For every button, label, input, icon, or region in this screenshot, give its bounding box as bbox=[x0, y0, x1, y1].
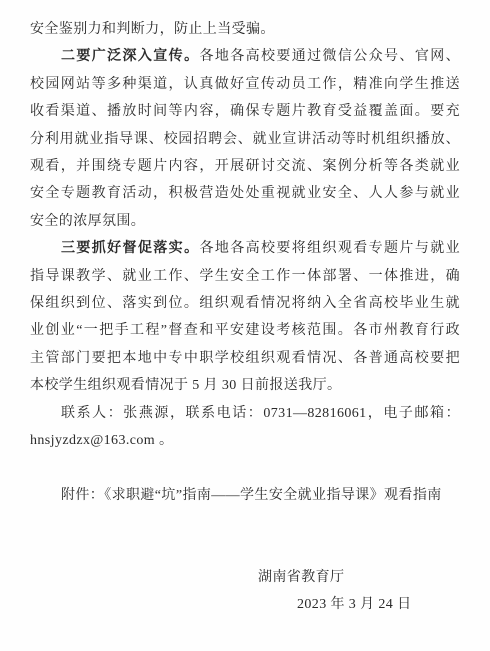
text-segment: 安全鉴别力和判断力，防止上当受骗。 bbox=[30, 22, 275, 37]
text-segment: 校园网站等多种渠道，认真做好宣传动员工作，精准向学生推送 bbox=[30, 77, 460, 92]
emphasis-text: 二要广泛深入宣传。 bbox=[61, 49, 199, 64]
emphasis-text: 三要抓好督促落实。 bbox=[61, 241, 199, 256]
text-segment: 联系人：张燕源，联系电话：0731—82816061，电子邮箱： bbox=[61, 406, 460, 421]
blank-line bbox=[30, 509, 460, 536]
text-line: 分利用就业指导课、校园招聘会、就业宣讲活动等时机组织播放、 bbox=[30, 126, 460, 153]
text-line: 安全的浓厚氛围。 bbox=[30, 208, 460, 235]
text-segment: 安全的浓厚氛围。 bbox=[30, 214, 145, 229]
text-segment: 本校学生组织观看情况于 5 月 30 日前报送我厅。 bbox=[30, 378, 341, 393]
text-segment: 指导课教学、就业工作、学生安全工作一体部署、一体推进，确 bbox=[30, 269, 460, 284]
text-line: 保组织到位、落实到位。组织观看情况将纳入全省高校毕业生就 bbox=[30, 290, 460, 317]
text-line: 本校学生组织观看情况于 5 月 30 日前报送我厅。 bbox=[30, 372, 460, 399]
text-segment: 收看渠道、播放时间等内容，确保专题片教育受益覆盖面。要充 bbox=[30, 104, 460, 119]
date-line: 2023 年 3 月 24 日 bbox=[30, 591, 460, 618]
blank-line bbox=[30, 537, 460, 564]
text-line: 安全专题教育活动，积极营造处处重视就业安全、人人参与就业 bbox=[30, 180, 460, 207]
text-segment: hnsjyzdzx@163.com 。 bbox=[30, 433, 173, 448]
text-segment: 2023 年 3 月 24 日 bbox=[297, 597, 412, 612]
contact-line: 联系人：张燕源，联系电话：0731—82816061，电子邮箱： bbox=[30, 400, 460, 427]
text-segment: 各地各高校要通过微信公众号、官网、 bbox=[199, 49, 460, 64]
attachment-line: 附件：《求职避“坑”指南——学生安全就业指导课》观看指南 bbox=[30, 482, 460, 509]
text-segment: 附件：《求职避“坑”指南——学生安全就业指导课》观看指南 bbox=[61, 488, 442, 503]
text-segment: 湖南省教育厅 bbox=[258, 570, 344, 585]
blank-line bbox=[30, 455, 460, 482]
text-line: 校园网站等多种渠道，认真做好宣传动员工作，精准向学生推送 bbox=[30, 71, 460, 98]
text-line: 收看渠道、播放时间等内容，确保专题片教育受益覆盖面。要充 bbox=[30, 98, 460, 125]
text-segment: 保组织到位、落实到位。组织观看情况将纳入全省高校毕业生就 bbox=[30, 296, 460, 311]
document-body: 安全鉴别力和判断力，防止上当受骗。二要广泛深入宣传。各地各高校要通过微信公众号、… bbox=[0, 0, 490, 619]
text-line: 指导课教学、就业工作、学生安全工作一体部署、一体推进，确 bbox=[30, 263, 460, 290]
notice-document-page: 安全鉴别力和判断力，防止上当受骗。二要广泛深入宣传。各地各高校要通过微信公众号、… bbox=[0, 0, 490, 651]
text-segment: 分利用就业指导课、校园招聘会、就业宣讲活动等时机组织播放、 bbox=[30, 132, 460, 147]
text-line: 二要广泛深入宣传。各地各高校要通过微信公众号、官网、 bbox=[30, 43, 460, 70]
text-segment: 安全专题教育活动，积极营造处处重视就业安全、人人参与就业 bbox=[30, 186, 460, 201]
text-line: 主管部门要把本地中专中职学校组织观看情况、各普通高校要把 bbox=[30, 345, 460, 372]
text-segment: 观看，并围绕专题片内容，开展研讨交流、案例分析等各类就业 bbox=[30, 159, 460, 174]
signature-line: 湖南省教育厅 bbox=[30, 564, 460, 591]
text-line: 安全鉴别力和判断力，防止上当受骗。 bbox=[30, 16, 460, 43]
text-line: 观看，并围绕专题片内容，开展研讨交流、案例分析等各类就业 bbox=[30, 153, 460, 180]
text-line: 三要抓好督促落实。各地各高校要将组织观看专题片与就业 bbox=[30, 235, 460, 262]
text-segment: 主管部门要把本地中专中职学校组织观看情况、各普通高校要把 bbox=[30, 351, 460, 366]
contact-line: hnsjyzdzx@163.com 。 bbox=[30, 427, 460, 454]
text-segment: 各地各高校要将组织观看专题片与就业 bbox=[199, 241, 460, 256]
text-line: 业创业“一把手工程”督查和平安建设考核范围。各市州教育行政 bbox=[30, 317, 460, 344]
text-segment: 业创业“一把手工程”督查和平安建设考核范围。各市州教育行政 bbox=[30, 323, 460, 338]
